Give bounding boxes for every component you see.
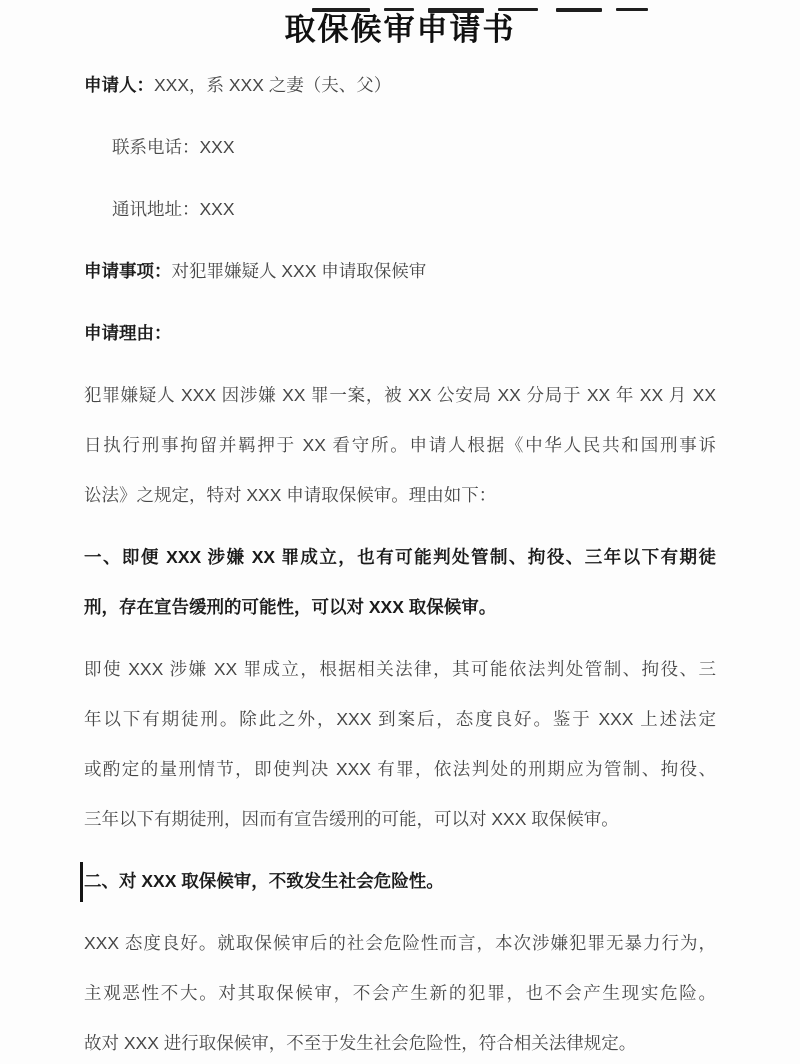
phone-value: 联系电话：XXX <box>112 137 235 157</box>
paragraph-line: 故对 XXX 进行取保候审，不至于发生社会危险性，符合相关法律规定。 <box>84 1018 716 1064</box>
document-page: 取保候审申请书 申请人：XXX，系 XXX 之妻（夫、父） 联系电话：XXX 通… <box>0 8 800 1064</box>
heading-point-one: 一、即便 XXX 涉嫌 XX 罪成立，也有可能判处管制、拘役、三年以下有期徒 刑… <box>84 532 716 632</box>
request-matter-field: 申请事项：对犯罪嫌疑人 XXX 申请取保候审 <box>84 246 716 296</box>
paragraph-intro: 犯罪嫌疑人 XXX 因涉嫌 XX 罪一案，被 XX 公安局 XX 分局于 XX … <box>84 370 716 520</box>
paragraph-line: 即使 XXX 涉嫌 XX 罪成立，根据相关法律，其可能依法判处管制、拘役、三 <box>84 644 716 694</box>
paragraph-line: 犯罪嫌疑人 XXX 因涉嫌 XX 罪一案，被 XX 公安局 XX 分局于 XX … <box>84 370 716 420</box>
text-cursor <box>80 862 83 902</box>
heading-point-two: 二、对 XXX 取保候审，不致发生社会危险性。 <box>84 856 716 906</box>
heading-line: 二、对 XXX 取保候审，不致发生社会危险性。 <box>84 856 716 906</box>
paragraph-line: 讼法》之规定，特对 XXX 申请取保候审。理由如下： <box>84 470 716 520</box>
heading-line: 刑，存在宣告缓刑的可能性，可以对 XXX 取保候审。 <box>84 582 716 632</box>
applicant-field: 申请人：XXX，系 XXX 之妻（夫、父） <box>84 60 716 110</box>
paragraph-line: 日执行刑事拘留并羁押于 XX 看守所。申请人根据《中华人民共和国刑事诉 <box>84 420 716 470</box>
reason-heading-field: 申请理由： <box>84 308 716 358</box>
paragraph-line: XXX 态度良好。就取保候审后的社会危险性而言，本次涉嫌犯罪无暴力行为， <box>84 918 716 968</box>
paragraph-point-one-body: 即使 XXX 涉嫌 XX 罪成立，根据相关法律，其可能依法判处管制、拘役、三 年… <box>84 644 716 844</box>
phone-field: 联系电话：XXX <box>84 122 716 172</box>
document-title: 取保候审申请书 <box>84 8 716 52</box>
cropped-text-artifact <box>0 8 800 14</box>
applicant-value: XXX，系 XXX 之妻（夫、父） <box>154 75 391 95</box>
paragraph-line: 或酌定的量刑情节，即使判决 XXX 有罪，依法判处的刑期应为管制、拘役、 <box>84 744 716 794</box>
paragraph-point-two-body: XXX 态度良好。就取保候审后的社会危险性而言，本次涉嫌犯罪无暴力行为， 主观恶… <box>84 918 716 1064</box>
paragraph-line: 三年以下有期徒刑，因而有宣告缓刑的可能，可以对 XXX 取保候审。 <box>84 794 716 844</box>
header-fields: 申请人：XXX，系 XXX 之妻（夫、父） 联系电话：XXX 通讯地址：XXX … <box>84 60 716 358</box>
applicant-label: 申请人： <box>84 75 154 95</box>
heading-line: 一、即便 XXX 涉嫌 XX 罪成立，也有可能判处管制、拘役、三年以下有期徒 <box>84 532 716 582</box>
address-field: 通讯地址：XXX <box>84 184 716 234</box>
paragraph-line: 年以下有期徒刑。除此之外，XXX 到案后，态度良好。鉴于 XXX 上述法定 <box>84 694 716 744</box>
reason-heading-label: 申请理由： <box>84 323 172 343</box>
request-matter-value: 对犯罪嫌疑人 XXX 申请取保候审 <box>172 261 427 281</box>
request-matter-label: 申请事项： <box>84 261 172 281</box>
paragraph-line: 主观恶性不大。对其取保候审，不会产生新的犯罪，也不会产生现实危险。 <box>84 968 716 1018</box>
address-value: 通讯地址：XXX <box>112 199 235 219</box>
